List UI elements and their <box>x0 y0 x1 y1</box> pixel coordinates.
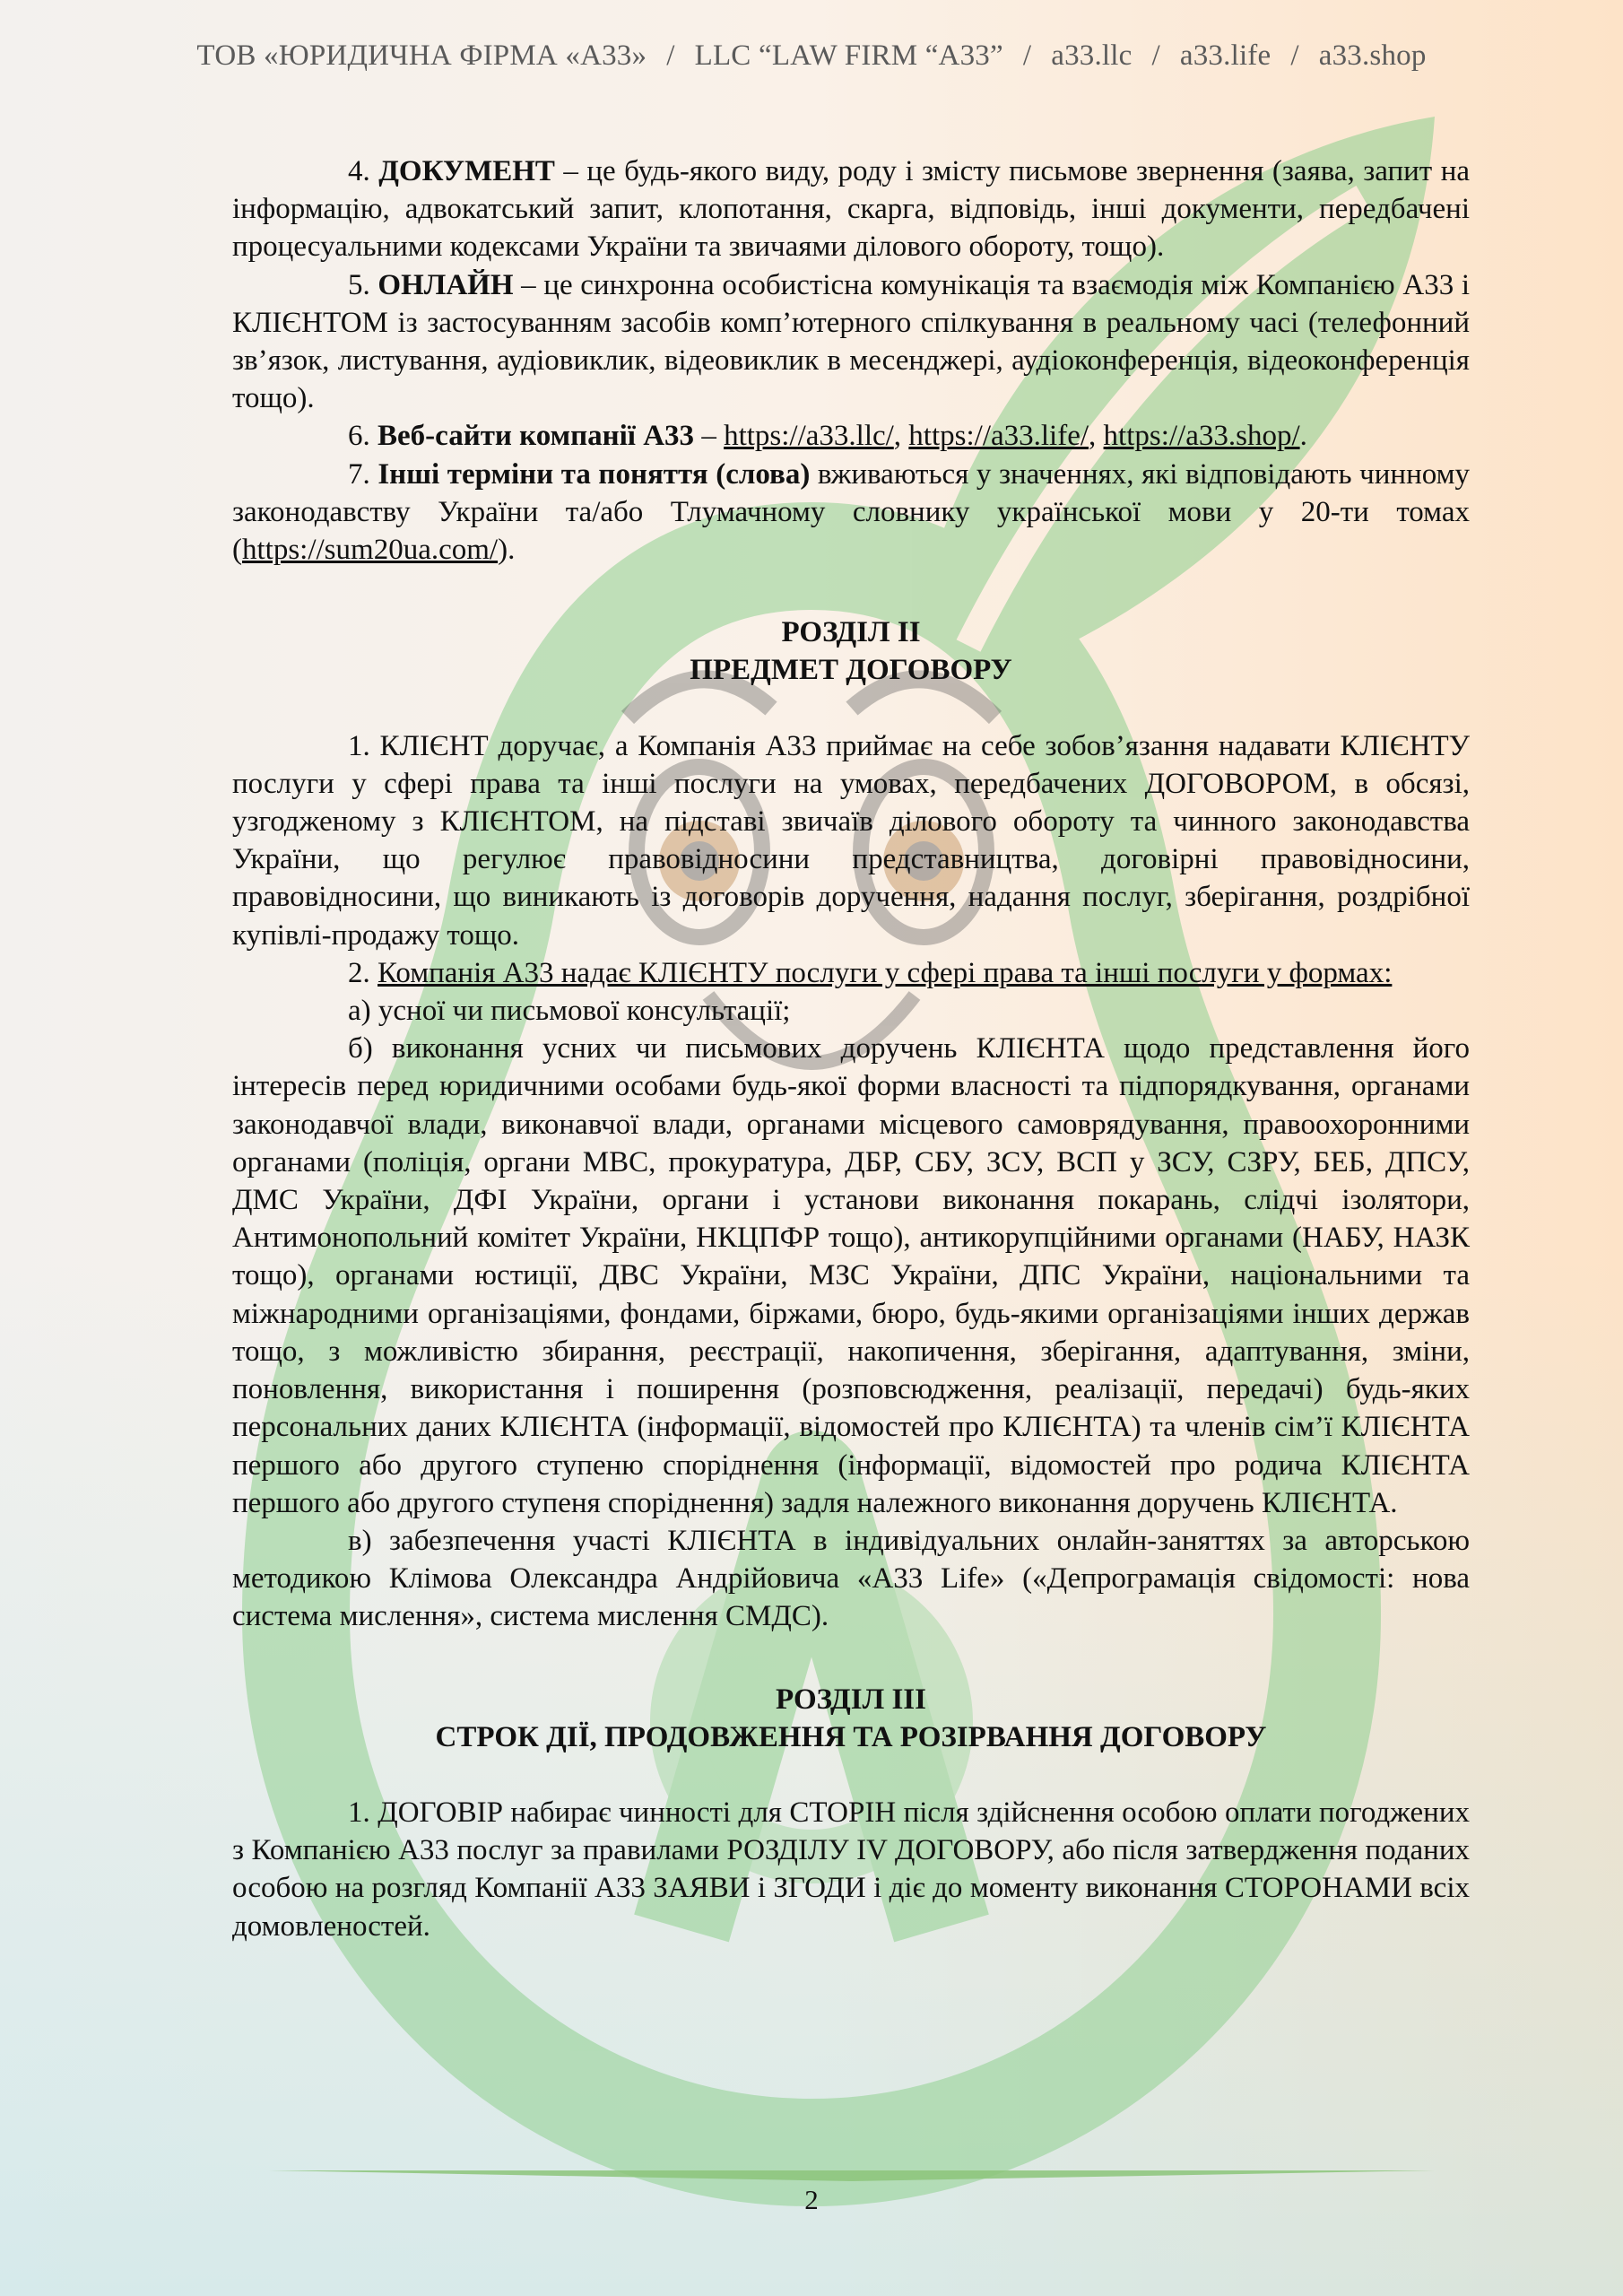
term-websites: Веб-сайти компанії А33 <box>378 420 694 452</box>
header-company-en: LLC “LAW FIRM “A33” <box>695 39 1003 72</box>
link-a33-shop[interactable]: https://a33.shop/ <box>1104 420 1300 452</box>
section-2-clause-2: 2. Компанія А33 надає КЛІЄНТУ послуги у … <box>232 954 1470 992</box>
header-separator: / <box>666 39 674 72</box>
section-2-title: РОЗДІЛ II <box>232 613 1470 651</box>
header-separator: / <box>1152 39 1160 72</box>
definition-websites: 6. Веб-сайти компанії А33 – https://a33.… <box>232 417 1470 455</box>
page-number: 2 <box>0 2184 1623 2216</box>
link-a33-life[interactable]: https://a33.life/ <box>908 420 1089 452</box>
section-3-title: РОЗДІЛ III <box>232 1681 1470 1718</box>
section-2-subtitle: ПРЕДМЕТ ДОГОВОРУ <box>232 651 1470 689</box>
header-separator: / <box>1290 39 1298 72</box>
header-company-ua: ТОВ «ЮРИДИЧНА ФІРМА «А33» <box>196 39 647 72</box>
term-online: ОНЛАЙН <box>378 269 513 301</box>
link-sum20ua[interactable]: https://sum20ua.com/ <box>242 534 498 566</box>
section-2-clause-1: 1. КЛІЄНТ доручає, а Компанія А33 прийма… <box>232 727 1470 954</box>
section-2-item-b: б) виконання усних чи письмових доручень… <box>232 1030 1470 1522</box>
footer-divider <box>269 2170 1435 2181</box>
section-2-item-c: в) забезпечення участі КЛІЄНТА в індивід… <box>232 1522 1470 1636</box>
header-site-life: a33.life <box>1180 39 1271 72</box>
term-document: ДОКУМЕНТ <box>378 155 555 187</box>
link-a33-llc[interactable]: https://a33.llc/ <box>724 420 894 452</box>
header-site-llc: a33.llc <box>1051 39 1132 72</box>
definition-online: 5. ОНЛАЙН – це синхронна особистісна ком… <box>232 266 1470 418</box>
section-3-clause-1: 1. ДОГОВІР набирає чинності для СТОРІН п… <box>232 1794 1470 1945</box>
document-body: 4. ДОКУМЕНТ – це будь-якого виду, роду і… <box>232 152 1470 1945</box>
header-separator: / <box>1023 39 1031 72</box>
definition-document: 4. ДОКУМЕНТ – це будь-якого виду, роду і… <box>232 152 1470 266</box>
section-2-item-a: а) усної чи письмової консультації; <box>232 992 1470 1030</box>
definition-other-terms: 7. Інші терміни та поняття (слова) вжива… <box>232 456 1470 570</box>
page-header: ТОВ «ЮРИДИЧНА ФІРМА «А33»/LLC “LAW FIRM … <box>0 39 1623 73</box>
term-other: Інші терміни та поняття (слова) <box>378 458 810 491</box>
header-site-shop: a33.shop <box>1319 39 1427 72</box>
section-3-subtitle: СТРОК ДІЇ, ПРОДОВЖЕННЯ ТА РОЗІРВАННЯ ДОГ… <box>232 1718 1470 1756</box>
